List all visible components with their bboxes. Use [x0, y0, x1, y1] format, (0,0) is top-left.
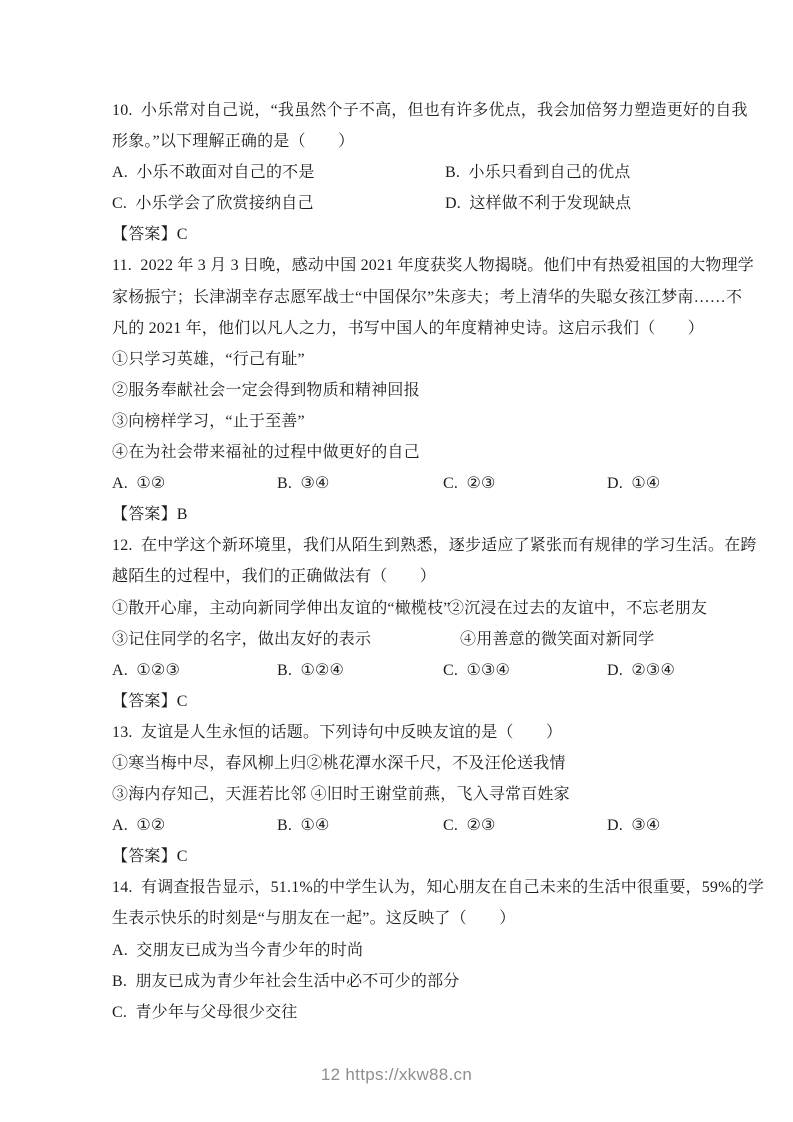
option-item: B. ①④	[277, 810, 330, 841]
answer-line: 【答案】C	[112, 219, 686, 250]
question-13: 13. 友谊是人生永恒的话题。下列诗句中反映友谊的是（ ）①寒当梅中尽，春风柳上…	[112, 717, 686, 872]
option-item: A. ①②	[112, 468, 165, 499]
option-item: D. ③④	[607, 810, 660, 841]
stem-line: 13. 友谊是人生永恒的话题。下列诗句中反映友谊的是（ ）	[112, 717, 686, 748]
option-full-line: C. 青少年与父母很少交往	[112, 997, 686, 1028]
footer-url: https://xkw88.cn	[345, 1065, 472, 1084]
answer-line: 【答案】C	[112, 841, 686, 872]
stem-line: 10. 小乐常对自己说，“我虽然个子不高，但也有许多优点，我会加倍努力塑造更好的…	[112, 95, 686, 126]
answer-line: 【答案】C	[112, 686, 686, 717]
option-item: B. 小乐只看到自己的优点	[445, 157, 630, 188]
question-14: 14. 有调查报告显示，51.1%的中学生认为，知心朋友在自己未来的生活中很重要…	[112, 872, 686, 1027]
option-item: B. ①②④	[277, 655, 344, 686]
option-item: B. ③④	[277, 468, 330, 499]
page-footer: 12 https://xkw88.cn	[0, 1064, 793, 1086]
question-12: 12. 在中学这个新环境里，我们从陌生到熟悉，逐步适应了紧张而有规律的学习生活。…	[112, 530, 686, 717]
item-line: ③海内存知己，天涯若比邻 ④旧时王谢堂前燕，飞入寻常百姓家	[112, 779, 686, 810]
option-item: C. ①③④	[443, 655, 510, 686]
option-item: A. ①②③	[112, 655, 180, 686]
option-item: D. ②③④	[607, 655, 675, 686]
options-line: C. 小乐学会了欣赏接纳自己D. 这样做不利于发现缺点	[112, 188, 686, 219]
option-item: ①散开心扉，主动向新同学伸出友谊的“橄榄枝”	[112, 593, 451, 624]
item-line: ③向榜样学习，“止于至善”	[112, 406, 686, 437]
stem-line: 家杨振宁；长津湖幸存志愿军战士“中国保尔”朱彦夫；考上清华的失聪女孩江梦南……不	[112, 282, 686, 313]
options-line: A. ①②B. ③④C. ②③D. ①④	[112, 468, 686, 499]
options-line: A. ①②③B. ①②④C. ①③④D. ②③④	[112, 655, 686, 686]
options-line: ①散开心扉，主动向新同学伸出友谊的“橄榄枝”②沉浸在过去的友谊中，不忘老朋友	[112, 593, 686, 624]
stem-line: 生表示快乐的时刻是“与朋友在一起”。这反映了（ ）	[112, 903, 686, 934]
question-10: 10. 小乐常对自己说，“我虽然个子不高，但也有许多优点，我会加倍努力塑造更好的…	[112, 95, 686, 250]
answer-line: 【答案】B	[112, 499, 686, 530]
option-full-line: A. 交朋友已成为当今青少年的时尚	[112, 935, 686, 966]
question-11: 11. 2022 年 3 月 3 日晚，感动中国 2021 年度获奖人物揭晓。他…	[112, 250, 686, 530]
option-item: D. 这样做不利于发现缺点	[445, 188, 631, 219]
item-line: ①寒当梅中尽，春风柳上归②桃花潭水深千尺，不及汪伦送我情	[112, 748, 686, 779]
stem-line: 越陌生的过程中，我们的正确做法有（ ）	[112, 561, 686, 592]
document-body: 10. 小乐常对自己说，“我虽然个子不高，但也有许多优点，我会加倍努力塑造更好的…	[112, 95, 686, 1028]
option-item: ④用善意的微笑面对新同学	[460, 624, 654, 655]
option-item: D. ①④	[607, 468, 660, 499]
option-item: C. 小乐学会了欣赏接纳自己	[112, 188, 314, 219]
options-line: ③记住同学的名字，做出友好的表示④用善意的微笑面对新同学	[112, 624, 686, 655]
item-line: ①只学习英雄，“行己有耻”	[112, 344, 686, 375]
option-full-line: B. 朋友已成为青少年社会生活中必不可少的部分	[112, 966, 686, 997]
option-item: A. ①②	[112, 810, 165, 841]
option-item: ③记住同学的名字，做出友好的表示	[112, 624, 371, 655]
option-item: ②沉浸在过去的友谊中，不忘老朋友	[448, 593, 707, 624]
exam-document-page: 10. 小乐常对自己说，“我虽然个子不高，但也有许多优点，我会加倍努力塑造更好的…	[0, 0, 793, 1122]
stem-line: 凡的 2021 年，他们以凡人之力，书写中国人的年度精神史诗。这启示我们（ ）	[112, 313, 686, 344]
stem-line: 11. 2022 年 3 月 3 日晚，感动中国 2021 年度获奖人物揭晓。他…	[112, 250, 686, 281]
stem-line: 12. 在中学这个新环境里，我们从陌生到熟悉，逐步适应了紧张而有规律的学习生活。…	[112, 530, 686, 561]
stem-line: 形象。”以下理解正确的是（ ）	[112, 126, 686, 157]
page-number: 12	[321, 1065, 341, 1084]
options-line: A. ①②B. ①④C. ②③D. ③④	[112, 810, 686, 841]
item-line: ②服务奉献社会一定会得到物质和精神回报	[112, 375, 686, 406]
option-item: C. ②③	[443, 810, 496, 841]
option-item: A. 小乐不敢面对自己的不是	[112, 157, 315, 188]
item-line: ④在为社会带来福祉的过程中做更好的自己	[112, 437, 686, 468]
stem-line: 14. 有调查报告显示，51.1%的中学生认为，知心朋友在自己未来的生活中很重要…	[112, 872, 686, 903]
option-item: C. ②③	[443, 468, 496, 499]
options-line: A. 小乐不敢面对自己的不是B. 小乐只看到自己的优点	[112, 157, 686, 188]
